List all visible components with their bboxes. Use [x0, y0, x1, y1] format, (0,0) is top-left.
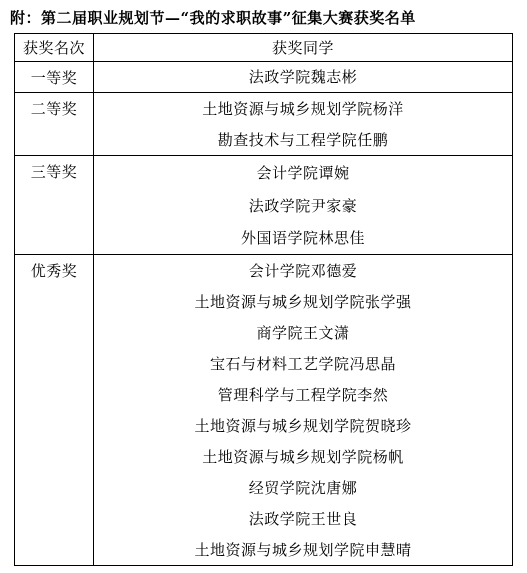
winner-name: 法政学院王世良: [94, 503, 512, 534]
winner-name: 土地资源与城乡规划学院申慧晴: [94, 534, 512, 565]
winner-name: 管理科学与工程学院李然: [94, 379, 512, 410]
award-rank-label: 优秀奖: [15, 255, 93, 285]
award-rank-label: 三等奖: [15, 156, 93, 186]
award-rank-label: 一等奖: [15, 62, 93, 92]
winner-name: 经贸学院沈唐娜: [94, 472, 512, 503]
winners-cell: 会计学院谭婉法政学院尹家豪外国语学院林思佳: [94, 156, 513, 255]
winner-name: 土地资源与城乡规划学院贺晓珍: [94, 410, 512, 441]
award-rank-cell: 二等奖: [15, 93, 94, 156]
awards-table: 获奖名次 获奖同学 一等奖法政学院魏志彬二等奖土地资源与城乡规划学院杨洋勘查技术…: [14, 33, 513, 566]
column-header-award-rank: 获奖名次: [15, 34, 94, 62]
winner-name: 法政学院魏志彬: [94, 62, 512, 91]
winners-cell: 会计学院邓德爱土地资源与城乡规划学院张学强商学院王文潇宝石与材料工艺学院冯思晶管…: [94, 255, 513, 566]
winner-name: 外国语学院林思佳: [94, 221, 512, 254]
award-rank-cell: 一等奖: [15, 62, 94, 93]
winner-name: 勘查技术与工程学院任鹏: [94, 124, 512, 155]
table-row: 一等奖法政学院魏志彬: [15, 62, 513, 93]
table-row: 二等奖土地资源与城乡规划学院杨洋勘查技术与工程学院任鹏: [15, 93, 513, 156]
table-row: 三等奖会计学院谭婉法政学院尹家豪外国语学院林思佳: [15, 156, 513, 255]
winner-name: 土地资源与城乡规划学院杨帆: [94, 441, 512, 472]
award-rank-label: 二等奖: [15, 93, 93, 123]
winner-name: 土地资源与城乡规划学院张学强: [94, 286, 512, 317]
document-page: 附：第二届职业规划节—“我的求职故事”征集大赛获奖名单 获奖名次 获奖同学 一等…: [0, 0, 527, 573]
award-rank-cell: 优秀奖: [15, 255, 94, 566]
winner-name: 土地资源与城乡规划学院杨洋: [94, 93, 512, 124]
award-rank-cell: 三等奖: [15, 156, 94, 255]
table-header-row: 获奖名次 获奖同学: [15, 34, 513, 62]
page-title: 附：第二届职业规划节—“我的求职故事”征集大赛获奖名单: [10, 7, 416, 28]
winner-name: 宝石与材料工艺学院冯思晶: [94, 348, 512, 379]
winner-name: 会计学院邓德爱: [94, 255, 512, 286]
table-row: 优秀奖会计学院邓德爱土地资源与城乡规划学院张学强商学院王文潇宝石与材料工艺学院冯…: [15, 255, 513, 566]
winner-name: 商学院王文潇: [94, 317, 512, 348]
winners-cell: 土地资源与城乡规划学院杨洋勘查技术与工程学院任鹏: [94, 93, 513, 156]
winner-name: 法政学院尹家豪: [94, 189, 512, 222]
winner-name: 会计学院谭婉: [94, 156, 512, 189]
winners-cell: 法政学院魏志彬: [94, 62, 513, 93]
table-body: 一等奖法政学院魏志彬二等奖土地资源与城乡规划学院杨洋勘查技术与工程学院任鹏三等奖…: [15, 62, 513, 566]
column-header-winners: 获奖同学: [94, 34, 513, 62]
